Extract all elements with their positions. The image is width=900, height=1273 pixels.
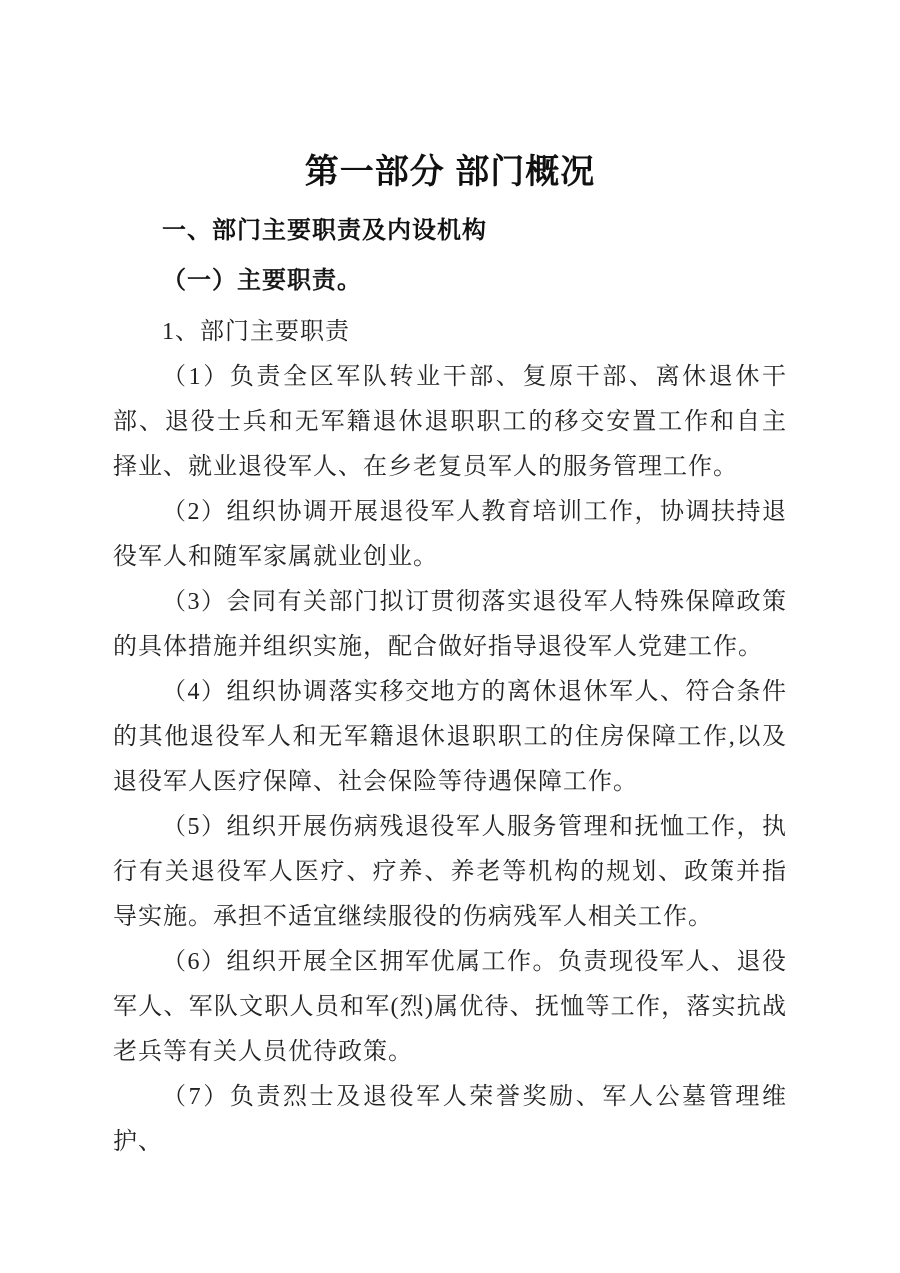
subsection-heading: （一）主要职责。 — [113, 257, 787, 302]
paragraph-duty-2: （2）组织协调开展退役军人教育培训工作，协调扶持退役军人和随军家属就业创业。 — [113, 490, 787, 580]
paragraph-duty-4: （4）组织协调落实移交地方的离休退休军人、符合条件的其他退役军人和无军籍退休退职… — [113, 670, 787, 805]
list-heading: 1、部门主要职责 — [113, 310, 787, 355]
paragraph-duty-3: （3）会同有关部门拟订贯彻落实退役军人特殊保障政策的具体措施并组织实施，配合做好… — [113, 580, 787, 670]
paragraph-duty-5: （5）组织开展伤病残退役军人服务管理和抚恤工作，执行有关退役军人医疗、疗养、养老… — [113, 805, 787, 940]
document-title: 第一部分 部门概况 — [113, 148, 787, 196]
section-heading: 一、部门主要职责及内设机构 — [113, 208, 787, 253]
paragraph-duty-1: （1）负责全区军队转业干部、复原干部、离休退休干部、退役士兵和无军籍退休退职职工… — [113, 355, 787, 490]
paragraph-duty-6: （6）组织开展全区拥军优属工作。负责现役军人、退役军人、军队文职人员和军(烈)属… — [113, 940, 787, 1075]
paragraph-duty-7: （7）负责烈士及退役军人荣誉奖励、军人公墓管理维护、 — [113, 1075, 787, 1165]
document-page: 第一部分 部门概况 一、部门主要职责及内设机构 （一）主要职责。 1、部门主要职… — [0, 0, 900, 1273]
